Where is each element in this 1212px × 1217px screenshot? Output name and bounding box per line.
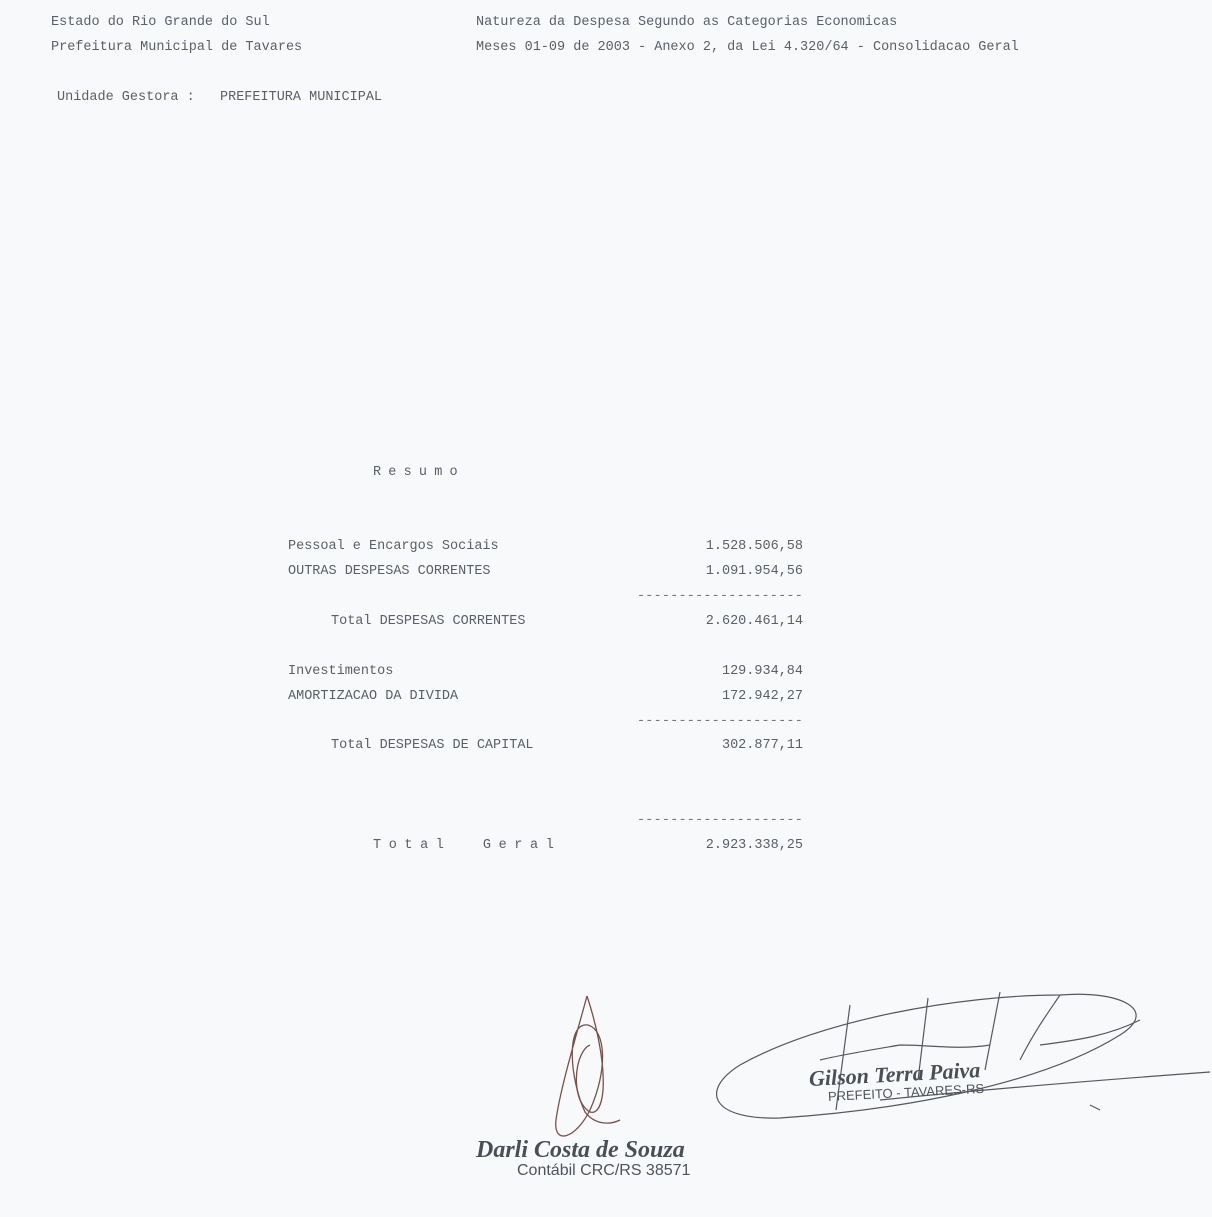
- signature-name-accountant: Darli Costa de Souza: [476, 1136, 685, 1164]
- row-value-investimentos: 129.934,84: [722, 664, 803, 680]
- total-geral-label: Total Geral: [373, 838, 561, 854]
- total-geral-value: 2.923.338,25: [706, 838, 803, 854]
- report-title: Natureza da Despesa Segundo as Categoria…: [476, 15, 897, 31]
- row-value-total-correntes: 2.620.461,14: [706, 614, 803, 630]
- row-value-outras-despesas: 1.091.954,56: [706, 564, 803, 580]
- row-value-total-capital: 302.877,11: [722, 738, 803, 754]
- handwritten-signatures: [0, 0, 1212, 1217]
- row-label-investimentos: Investimentos: [288, 664, 393, 680]
- unidade-gestora-label: Unidade Gestora :: [57, 90, 195, 106]
- signature-darli-icon: [556, 996, 620, 1136]
- row-value-amortizacao: 172.942,27: [722, 689, 803, 705]
- row-label-total-correntes: Total DESPESAS CORRENTES: [331, 614, 525, 630]
- signature-role-accountant: Contábil CRC/RS 38571: [517, 1163, 690, 1179]
- summary-title: Resumo: [373, 465, 465, 481]
- row-label-pessoal: Pessoal e Encargos Sociais: [288, 539, 499, 555]
- row-value-pessoal: 1.528.506,58: [706, 539, 803, 555]
- row-label-outras-despesas: OUTRAS DESPESAS CORRENTES: [288, 564, 491, 580]
- state-name: Estado do Rio Grande do Sul: [51, 15, 270, 31]
- signature-gilson-icon: [717, 992, 1210, 1118]
- row-label-amortizacao: AMORTIZACAO DA DIVIDA: [288, 689, 458, 705]
- municipality-name: Prefeitura Municipal de Tavares: [51, 40, 302, 56]
- row-label-total-capital: Total DESPESAS DE CAPITAL: [331, 738, 534, 754]
- report-subtitle: Meses 01-09 de 2003 - Anexo 2, da Lei 4.…: [476, 40, 1019, 56]
- unidade-gestora-value: PREFEITURA MUNICIPAL: [220, 90, 382, 106]
- separator-line: --------------------: [637, 813, 803, 829]
- separator-line: --------------------: [637, 589, 803, 605]
- separator-line: --------------------: [637, 714, 803, 730]
